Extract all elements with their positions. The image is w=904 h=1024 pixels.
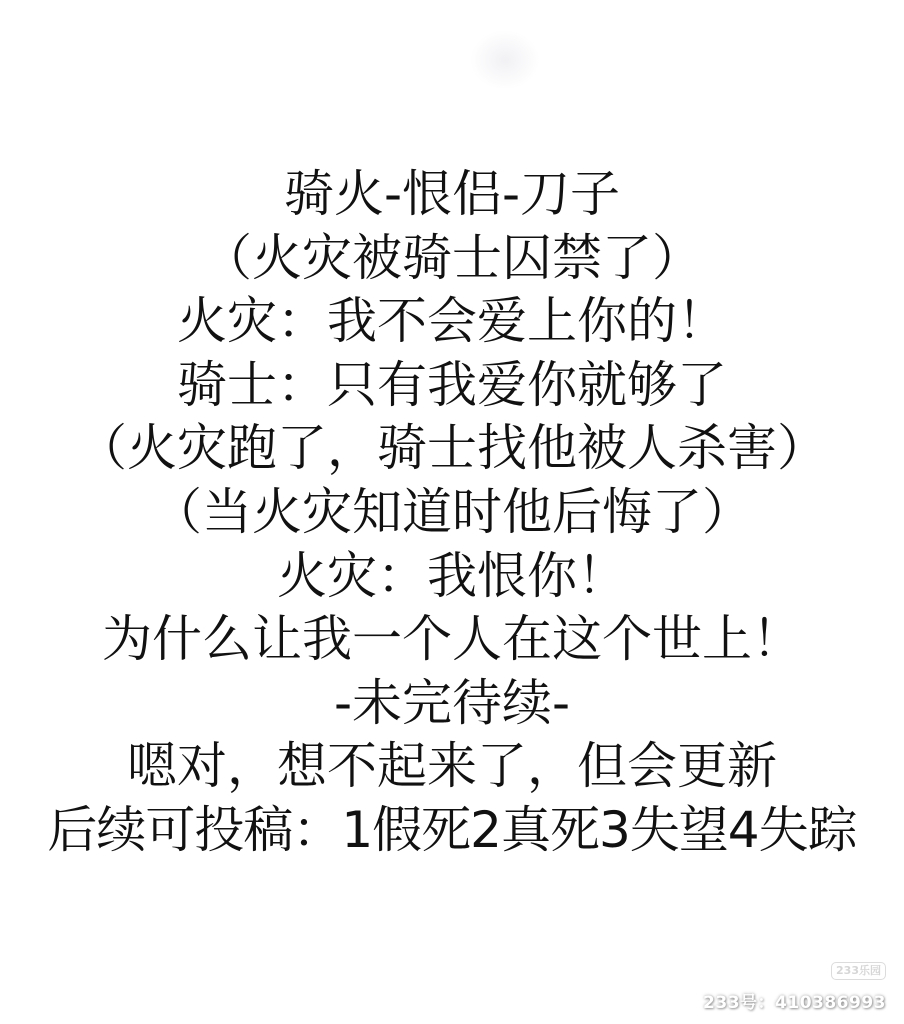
story-line: 为什么让我一个人在这个世上！	[102, 608, 802, 672]
story-line: 火灾：我不会爱上你的！	[177, 290, 727, 354]
story-line: （火灾跑了，骑士找他被人杀害）	[77, 417, 827, 481]
watermark-user-id: 233号：410386993	[703, 988, 886, 1013]
post-text-block: 骑火-恨侣-刀子 （火灾被骑士囚禁了） 火灾：我不会爱上你的！ 骑士：只有我爱你…	[0, 163, 904, 863]
submission-options-line: 后续可投稿：1假死2真死3失望4失踪	[47, 799, 856, 863]
author-note-line: 嗯对，想不起来了，但会更新	[127, 735, 777, 799]
watermark-badge: 233乐园	[831, 962, 886, 980]
story-line: 火灾：我恨你！	[277, 545, 627, 609]
title-line: 骑火-恨侣-刀子	[284, 163, 620, 227]
background-smudge	[470, 30, 540, 90]
to-be-continued-line: -未完待续-	[334, 672, 570, 736]
story-line: 骑士：只有我爱你就够了	[177, 354, 727, 418]
story-line: （当火灾知道时他后悔了）	[152, 481, 752, 545]
story-line: （火灾被骑士囚禁了）	[202, 227, 702, 291]
watermark: 233乐园 233号：410386993	[703, 962, 886, 1013]
